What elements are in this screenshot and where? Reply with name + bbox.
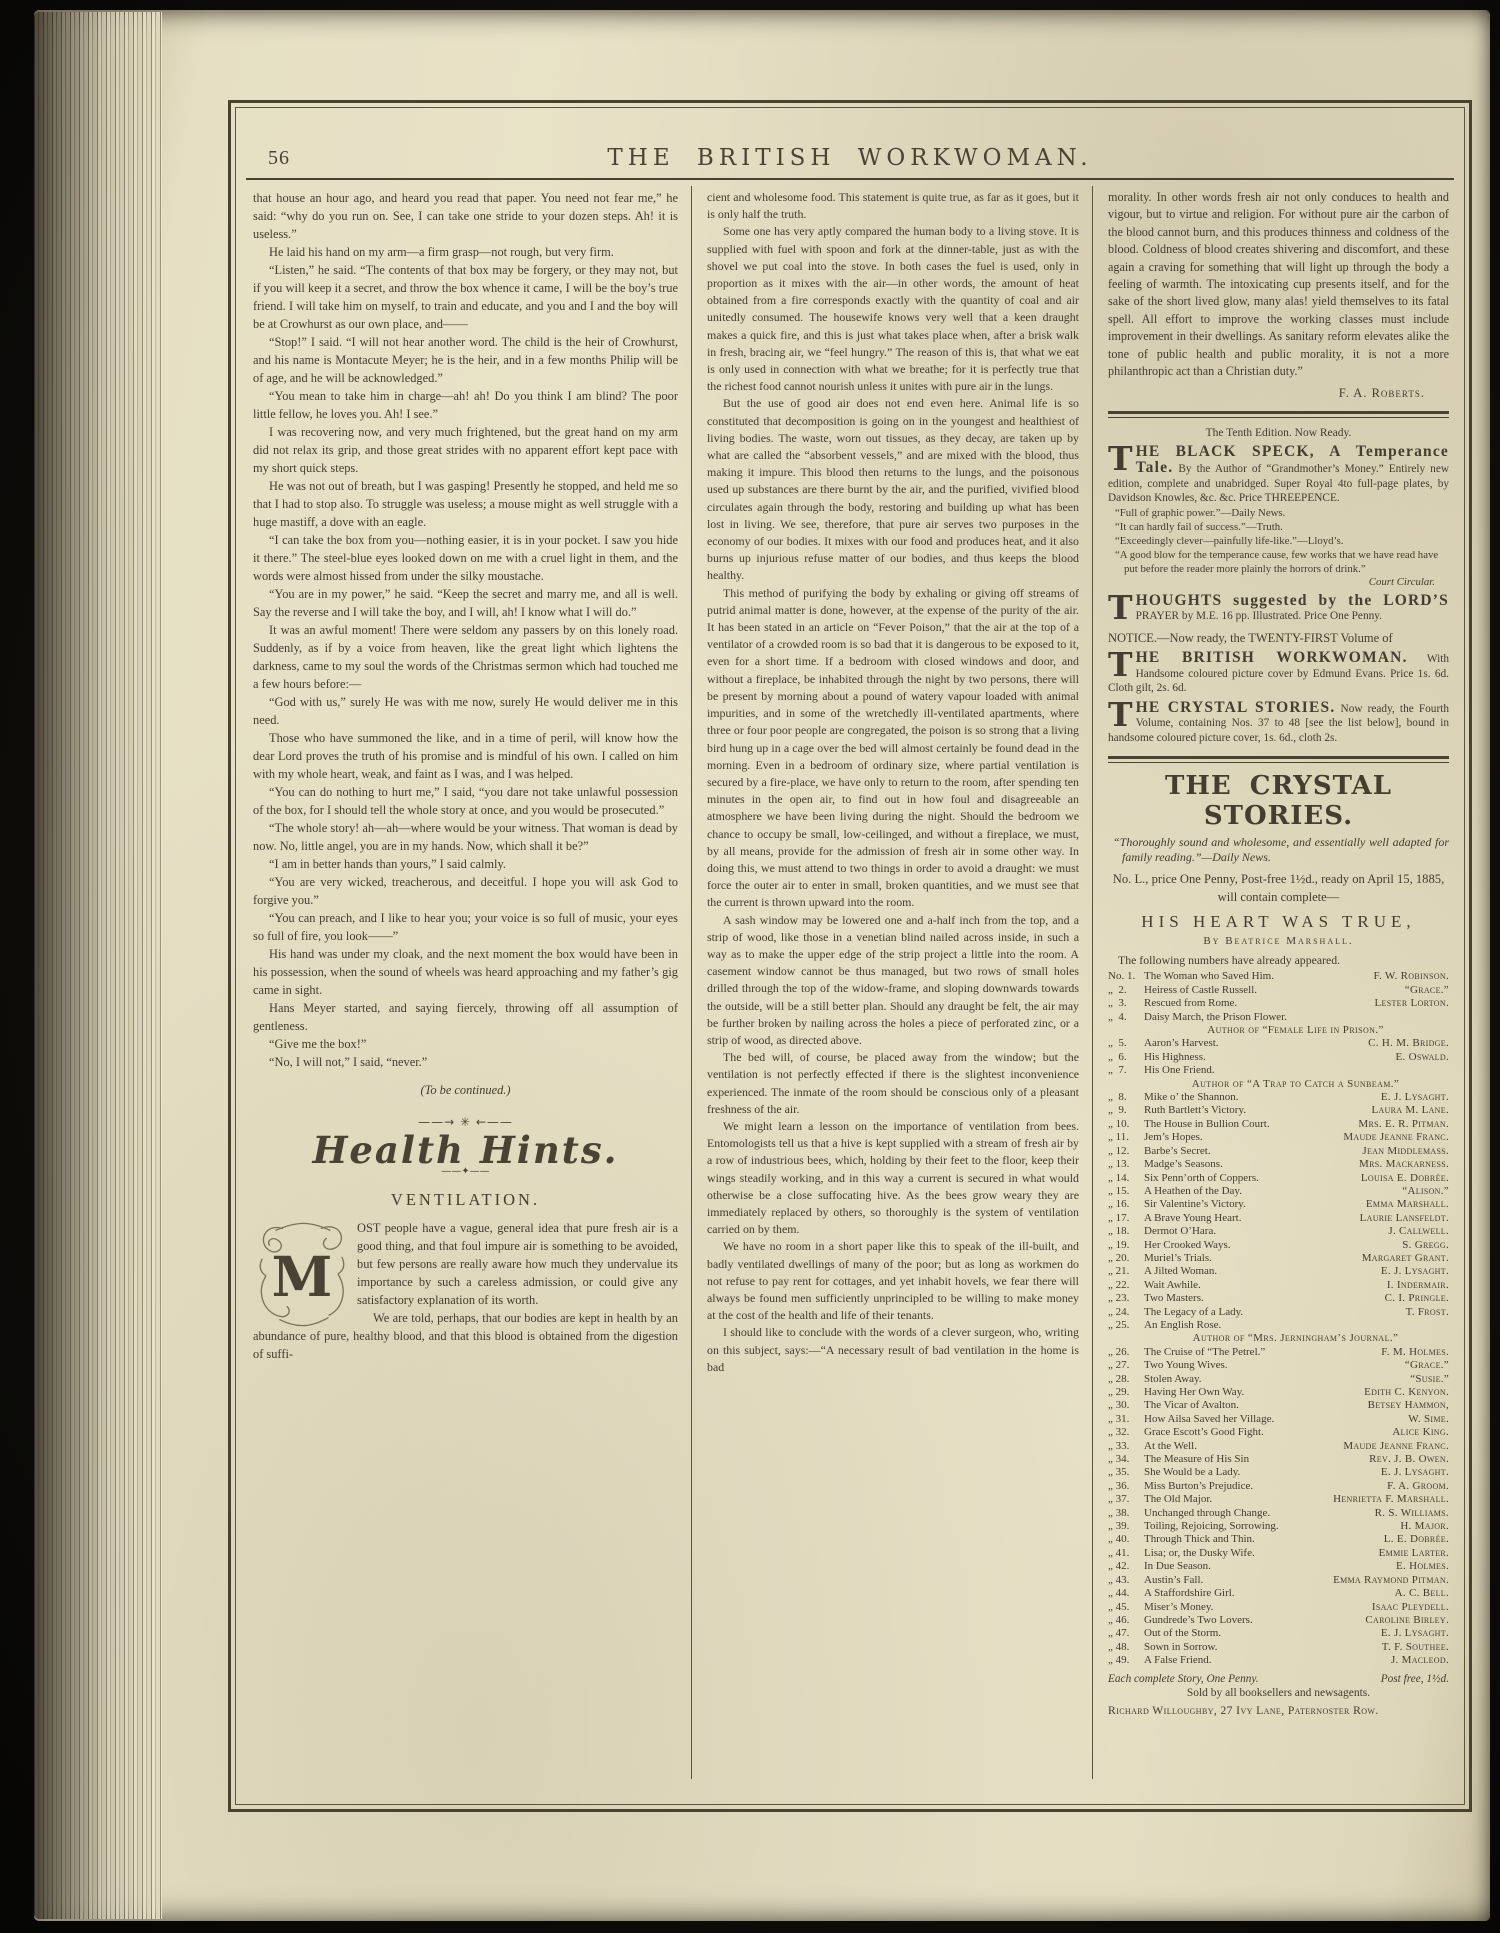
crystal-list-row: „ 27. Two Young Wives. “Grace.”	[1108, 1359, 1449, 1372]
story-number: „ 46.	[1108, 1614, 1144, 1627]
story-paragraph: “You can do nothing to hurt me,” I said,…	[253, 783, 678, 819]
crystal-list-row: „ 30. The Vicar of Avalton. Betsey Hammo…	[1108, 1399, 1449, 1412]
crystal-list-row: „ 29. Having Her Own Way. Edith C. Kenyo…	[1108, 1386, 1449, 1399]
crystal-list-row: „ 8. Mike o’ the Shannon. E. J. Lysaght.	[1108, 1091, 1449, 1104]
crystal-list-row: „ 48. Sown in Sorrow. T. F. Southee.	[1108, 1641, 1449, 1654]
column-left: that house an hour ago, and heard you re…	[238, 180, 691, 1787]
story-author-cell: Emma Raymond Pitman.	[1333, 1574, 1449, 1587]
story-title-cell: Rescued from Rome.	[1144, 997, 1241, 1010]
crystal-list-row: „ 49. A False Friend. J. Macleod.	[1108, 1654, 1449, 1667]
story-title-cell: Ruth Bartlett’s Victory.	[1144, 1104, 1250, 1117]
article-paragraph: I should like to conclude with the words…	[707, 1324, 1079, 1376]
crystal-list-row: „ 41. Lisa; or, the Dusky Wife. Emmie La…	[1108, 1547, 1449, 1560]
crystal-list-row: „ 26. The Cruise of “The Petrel.” F. M. …	[1108, 1346, 1449, 1359]
story-number: „ 27.	[1108, 1359, 1144, 1372]
story-author-cell: E. J. Lysaght.	[1381, 1627, 1449, 1640]
story-title-cell: The House in Bullion Court.	[1144, 1118, 1274, 1131]
story-author-line: Author of “Mrs. Jerningham’s Journal.”	[1108, 1332, 1449, 1345]
crystal-list-row: „ 36. Miss Burton’s Prejudice. F. A. Gro…	[1108, 1480, 1449, 1493]
featured-story-byline: By Beatrice Marshall.	[1108, 935, 1449, 947]
story-author-cell: Jean Middlemass.	[1362, 1145, 1449, 1158]
crystal-list-row: „ 17. A Brave Young Heart. Laurie Lansfe…	[1108, 1212, 1449, 1225]
story-number: „ 43.	[1108, 1574, 1144, 1587]
story-author-cell: Emma Marshall.	[1366, 1198, 1449, 1211]
ad-body: PRAYER by M.E. 16 pp. Illustrated. Price…	[1136, 610, 1382, 622]
ad-drop-initial: T	[1108, 594, 1136, 621]
crystal-issue-announcement: No. L., price One Penny, Post-free 1½d.,…	[1108, 870, 1449, 906]
story-author-cell: Margaret Grant.	[1362, 1252, 1449, 1265]
story-author-cell: Caroline Birley.	[1365, 1614, 1449, 1627]
review-quote: “A good blow for the temperance cause, f…	[1108, 548, 1449, 576]
story-number: „ 21.	[1108, 1265, 1144, 1278]
featured-story-title: HIS HEART WAS TRUE,	[1108, 912, 1449, 932]
crystal-list-row: „ 11. Jem’s Hopes. Maude Jeanne Franc.	[1108, 1131, 1449, 1144]
crystal-stories-title: THE CRYSTAL STORIES.	[1108, 771, 1449, 831]
crystal-list-row: „ 10. The House in Bullion Court. Mrs. E…	[1108, 1118, 1449, 1131]
crystal-list-row: „ 5. Aaron’s Harvest. C. H. M. Bridge.	[1108, 1037, 1449, 1050]
story-author-cell: Emmie Larter.	[1379, 1547, 1449, 1560]
story-title-cell: A Heathen of the Day.	[1144, 1185, 1246, 1198]
story-author-cell: J. Callwell.	[1388, 1225, 1449, 1238]
review-quote: “It can hardly fail of success.”—Truth.	[1108, 520, 1449, 534]
story-title-cell: The Woman who Saved Him.	[1144, 970, 1278, 983]
story-number: „ 20.	[1108, 1252, 1144, 1265]
story-author-cell: J. Macleod.	[1391, 1654, 1449, 1667]
crystal-price-footer: Each complete Story, One Penny. Post fre…	[1108, 1672, 1449, 1686]
story-author-cell: Maude Jeanne Franc.	[1343, 1131, 1449, 1144]
crystal-list-row: „ 18. Dermot O’Hara. J. Callwell.	[1108, 1225, 1449, 1238]
crystal-list-row: „ 12. Barbe’s Secret. Jean Middlemass.	[1108, 1145, 1449, 1158]
double-rule	[1108, 411, 1449, 418]
story-number: „ 45.	[1108, 1601, 1144, 1614]
story-author-line: Author of “Female Life in Prison.”	[1108, 1024, 1449, 1037]
story-paragraph: “The whole story! ah—ah—where would be y…	[253, 819, 678, 855]
ad-edition-note: The Tenth Edition. Now Ready.	[1108, 426, 1449, 440]
crystal-list-row: „ 38. Unchanged through Change. R. S. Wi…	[1108, 1507, 1449, 1520]
story-paragraph: “You are in my power,” he said. “Keep th…	[253, 585, 678, 621]
story-title-cell: Grace Escott’s Good Fight.	[1144, 1426, 1268, 1439]
story-number: „ 44.	[1108, 1587, 1144, 1600]
story-title-cell: Dermot O’Hara.	[1144, 1225, 1220, 1238]
story-number: „ 18.	[1108, 1225, 1144, 1238]
story-title-cell: The Vicar of Avalton.	[1144, 1399, 1243, 1412]
story-author-cell: T. F. Southee.	[1382, 1641, 1449, 1654]
story-paragraph: “I am in better hands than yours,” I sai…	[253, 855, 678, 873]
story-title-cell: An English Rose.	[1144, 1319, 1225, 1332]
ventilation-article-text: cient and wholesome food. This statement…	[707, 189, 1079, 1376]
story-title-cell: The Cruise of “The Petrel.”	[1144, 1346, 1269, 1359]
story-title-cell: Sir Valentine’s Victory.	[1144, 1198, 1250, 1211]
story-author-cell: Henrietta F. Marshall.	[1333, 1493, 1449, 1506]
story-number: „ 26.	[1108, 1346, 1144, 1359]
story-author-line: Author of “A Trap to Catch a Sunbeam.”	[1108, 1078, 1449, 1091]
crystal-list-row: „ 13. Madge’s Seasons. Mrs. Mackarness.	[1108, 1158, 1449, 1171]
story-author-cell: F. A. Groom.	[1387, 1480, 1449, 1493]
story-author-cell: E. J. Lysaght.	[1381, 1265, 1449, 1278]
story-title-cell: Madge’s Seasons.	[1144, 1158, 1227, 1171]
ventilation-paragraph: M OST people have a vague, general idea …	[253, 1219, 678, 1309]
story-author-cell: Mrs. E. R. Pitman.	[1358, 1118, 1449, 1131]
story-title-cell: His One Friend.	[1144, 1064, 1219, 1077]
ad-drop-initial: T	[1108, 701, 1136, 728]
story-author-cell: Alice King.	[1392, 1426, 1449, 1439]
story-number: „ 40.	[1108, 1533, 1144, 1546]
story-number: „ 49.	[1108, 1654, 1144, 1667]
story-number: „ 15.	[1108, 1185, 1144, 1198]
story-number: „ 16.	[1108, 1198, 1144, 1211]
story-title-cell: His Highness.	[1144, 1051, 1210, 1064]
crystal-list-row: „ 42. In Due Season. E. Holmes.	[1108, 1560, 1449, 1573]
story-author-cell: Betsey Hammon,	[1368, 1399, 1449, 1412]
story-number: „ 32.	[1108, 1426, 1144, 1439]
story-title-cell: A Brave Young Heart.	[1144, 1212, 1245, 1225]
story-author-cell: “Grace.”	[1405, 984, 1449, 997]
story-paragraph: “Stop!” I said. “I will not hear another…	[253, 333, 678, 387]
crystal-list-row: „ 16. Sir Valentine’s Victory. Emma Mars…	[1108, 1198, 1449, 1211]
story-title-cell: Aaron’s Harvest.	[1144, 1037, 1223, 1050]
article-closing-paragraph: morality. In other words fresh air not o…	[1108, 189, 1449, 380]
story-title-cell: Her Crooked Ways.	[1144, 1239, 1235, 1252]
story-number: „ 35.	[1108, 1466, 1144, 1479]
story-title-cell: A Staffordshire Girl.	[1144, 1587, 1239, 1600]
story-title-cell: At the Well.	[1144, 1440, 1201, 1453]
story-title-cell: Austin’s Fall.	[1144, 1574, 1207, 1587]
story-title-cell: Six Penn’orth of Coppers.	[1144, 1172, 1263, 1185]
crystal-list-row: „ 39. Toiling, Rejoicing, Sorrowing. H. …	[1108, 1520, 1449, 1533]
story-title-cell: In Due Season.	[1144, 1560, 1215, 1573]
story-number: „ 2.	[1108, 984, 1144, 997]
columns: that house an hour ago, and heard you re…	[236, 180, 1464, 1787]
publisher-imprint: Richard Willoughby, 27 Ivy Lane, Paterno…	[1108, 1704, 1449, 1718]
crystal-list-row: „ 23. Two Masters. C. I. Pringle.	[1108, 1292, 1449, 1305]
crystal-list-row: „ 15. A Heathen of the Day. “Alison.”	[1108, 1185, 1449, 1198]
sold-by-note: Sold by all booksellers and newsagents.	[1108, 1686, 1449, 1700]
story-number: „ 33.	[1108, 1440, 1144, 1453]
crystal-list-row: „ 28. Stolen Away. “Susie.”	[1108, 1373, 1449, 1386]
story-number: „ 5.	[1108, 1037, 1144, 1050]
story-title-cell: A False Friend.	[1144, 1654, 1216, 1667]
article-title-ventilation: VENTILATION.	[253, 1191, 678, 1209]
story-title-cell: She Would be a Lady.	[1144, 1466, 1244, 1479]
story-number: „ 24.	[1108, 1306, 1144, 1319]
story-title-cell: Wait Awhile.	[1144, 1279, 1205, 1292]
story-title-cell: Through Thick and Thin.	[1144, 1533, 1259, 1546]
crystal-list-row: No. 1. The Woman who Saved Him. F. W. Ro…	[1108, 970, 1449, 983]
crystal-list-row: „ 45. Miser’s Money. Isaac Pleydell.	[1108, 1601, 1449, 1614]
story-author-cell: “Susie.”	[1410, 1373, 1449, 1386]
story-author-cell: Laurie Lansfeldt.	[1360, 1212, 1449, 1225]
article-paragraph: The bed will, of course, be placed away …	[707, 1049, 1079, 1118]
story-title-cell: Mike o’ the Shannon.	[1144, 1091, 1243, 1104]
crystal-list-row: „ 46. Gundrede’s Two Lovers. Caroline Bi…	[1108, 1614, 1449, 1627]
story-number: „ 4.	[1108, 1011, 1144, 1024]
review-attribution: Court Circular.	[1108, 576, 1449, 589]
story-number: „ 30.	[1108, 1399, 1144, 1412]
story-title-cell: Unchanged through Change.	[1144, 1507, 1274, 1520]
story-number: „ 13.	[1108, 1158, 1144, 1171]
story-author-cell: Rev. J. B. Owen.	[1369, 1453, 1449, 1466]
ad-drop-initial: T	[1108, 651, 1136, 678]
to-be-continued: (To be continued.)	[253, 1081, 678, 1099]
printed-page-frame: 56 THE BRITISH WORKWOMAN. that house an …	[228, 100, 1472, 1812]
ornamental-dropcap-icon: M	[253, 1221, 351, 1327]
printed-page-inner-rule: 56 THE BRITISH WORKWOMAN. that house an …	[235, 107, 1465, 1805]
ad-headline: HE BRITISH WORKWOMAN.	[1136, 649, 1408, 666]
ad-drop-initial: T	[1108, 445, 1136, 472]
crystal-list-row: „ 40. Through Thick and Thin. L. E. Dobr…	[1108, 1533, 1449, 1546]
article-paragraph: This method of purifying the body by exh…	[707, 585, 1079, 912]
story-title-cell: Heiress of Castle Russell.	[1144, 984, 1261, 997]
author-signature: F. A. Roberts.	[1108, 386, 1449, 401]
story-paragraph: “You are very wicked, treacherous, and d…	[253, 873, 678, 909]
crystal-list-row: „ 47. Out of the Storm. E. J. Lysaght.	[1108, 1627, 1449, 1640]
crystal-list-row: „ 37. The Old Major. Henrietta F. Marsha…	[1108, 1493, 1449, 1506]
story-paragraph: “No, I will not,” I said, “never.”	[253, 1053, 678, 1071]
story-author-cell: A. C. Bell.	[1395, 1587, 1449, 1600]
crystal-list-row: „ 2. Heiress of Castle Russell. “Grace.”	[1108, 984, 1449, 997]
story-number: „ 48.	[1108, 1641, 1144, 1654]
story-author-cell: R. S. Williams.	[1375, 1507, 1449, 1520]
crystal-list-row: „ 21. A Jilted Woman. E. J. Lysaght.	[1108, 1265, 1449, 1278]
crystal-list-row: „ 34. The Measure of His Sin Rev. J. B. …	[1108, 1453, 1449, 1466]
story-author-cell: T. Frost.	[1406, 1306, 1449, 1319]
story-number: „ 29.	[1108, 1386, 1144, 1399]
story-number: „ 7.	[1108, 1064, 1144, 1077]
story-title-cell: A Jilted Woman.	[1144, 1265, 1221, 1278]
story-title-cell: Muriel’s Trials.	[1144, 1252, 1216, 1265]
story-number: „ 14.	[1108, 1172, 1144, 1185]
story-paragraph: He was not out of breath, but I was gasp…	[253, 477, 678, 531]
crystal-list-row: „ 19. Her Crooked Ways. S. Gregg.	[1108, 1239, 1449, 1252]
story-number: „ 3.	[1108, 997, 1144, 1010]
article-paragraph: cient and wholesome food. This statement…	[707, 189, 1079, 223]
crystal-list-row: „ 33. At the Well. Maude Jeanne Franc.	[1108, 1440, 1449, 1453]
crystal-list-row: „ 9. Ruth Bartlett’s Victory. Laura M. L…	[1108, 1104, 1449, 1117]
story-author-cell: E. J. Lysaght.	[1381, 1466, 1449, 1479]
story-paragraph: that house an hour ago, and heard you re…	[253, 189, 678, 243]
crystal-list-row: „ 43. Austin’s Fall. Emma Raymond Pitman…	[1108, 1574, 1449, 1587]
story-number: „ 25.	[1108, 1319, 1144, 1332]
story-number: „ 9.	[1108, 1104, 1144, 1117]
story-title-cell: Two Masters.	[1144, 1292, 1208, 1305]
postfree-note: Post free, 1½d.	[1381, 1672, 1449, 1686]
story-author-cell: L. E. Dobrée.	[1384, 1533, 1449, 1546]
section-title-health-hints: Health Hints.	[253, 1141, 678, 1159]
ad-thoughts-lords-prayer: THOUGHTS suggested by the LORD’S PRAYER …	[1108, 594, 1449, 624]
crystal-list-row: „ 35. She Would be a Lady. E. J. Lysaght…	[1108, 1466, 1449, 1479]
notice-line: NOTICE.—Now ready, the TWENTY-FIRST Volu…	[1108, 630, 1449, 646]
story-title-cell: Miss Burton’s Prejudice.	[1144, 1480, 1257, 1493]
story-paragraph: “I can take the box from you—nothing eas…	[253, 531, 678, 585]
story-author-cell: “Grace.”	[1405, 1359, 1449, 1372]
story-title-cell: Gundrede’s Two Lovers.	[1144, 1614, 1257, 1627]
story-title-cell: Having Her Own Way.	[1144, 1386, 1248, 1399]
crystal-list-row: „ 22. Wait Awhile. I. Indermair.	[1108, 1279, 1449, 1292]
story-author-cell: Mrs. Mackarness.	[1359, 1158, 1449, 1171]
story-number: „ 6.	[1108, 1051, 1144, 1064]
story-author-cell: Edith C. Kenyon.	[1364, 1386, 1449, 1399]
crystal-list-row: „ 32. Grace Escott’s Good Fight. Alice K…	[1108, 1426, 1449, 1439]
scan-background: 56 THE BRITISH WORKWOMAN. that house an …	[0, 0, 1500, 1933]
story-title-cell: The Legacy of a Lady.	[1144, 1306, 1247, 1319]
story-title-cell: Toiling, Rejoicing, Sorrowing.	[1144, 1520, 1283, 1533]
story-author-cell: E. Oswald.	[1396, 1051, 1449, 1064]
ad-headline: HOUGHTS suggested by the LORD’S	[1136, 592, 1449, 609]
story-author-cell: C. I. Pringle.	[1385, 1292, 1449, 1305]
story-number: „ 23.	[1108, 1292, 1144, 1305]
crystal-list-row: „ 20. Muriel’s Trials. Margaret Grant.	[1108, 1252, 1449, 1265]
review-quote: “Full of graphic power.”—Daily News.	[1108, 506, 1449, 520]
price-note: Each complete Story, One Penny.	[1108, 1672, 1259, 1686]
story-number: „ 11.	[1108, 1131, 1144, 1144]
story-title-cell: The Measure of His Sin	[1144, 1453, 1253, 1466]
review-quote: “Exceedingly clever—painfully life-like.…	[1108, 534, 1449, 548]
article-paragraph: We have no room in a short paper like th…	[707, 1238, 1079, 1324]
story-number: „ 31.	[1108, 1413, 1144, 1426]
story-number: No. 1.	[1108, 970, 1144, 983]
story-number: „ 10.	[1108, 1118, 1144, 1131]
story-title-cell: Two Young Wives.	[1144, 1359, 1232, 1372]
story-author-cell: E. Holmes.	[1396, 1560, 1449, 1573]
story-number: „ 38.	[1108, 1507, 1144, 1520]
story-title-cell: Out of the Storm.	[1144, 1627, 1225, 1640]
story-author-cell: Laura M. Lane.	[1371, 1104, 1449, 1117]
article-paragraph: We might learn a lesson on the importanc…	[707, 1118, 1079, 1238]
story-author-cell: H. Major.	[1400, 1520, 1449, 1533]
story-number: „ 12.	[1108, 1145, 1144, 1158]
article-paragraph: But the use of good air does not end eve…	[707, 395, 1079, 584]
story-author-cell: E. J. Lysaght.	[1381, 1091, 1449, 1104]
story-number: „ 34.	[1108, 1453, 1144, 1466]
story-author-cell: I. Indermair.	[1387, 1279, 1449, 1292]
story-paragraph: Hans Meyer started, and saying fiercely,…	[253, 999, 678, 1035]
crystal-list-row: „ 3. Rescued from Rome. Lester Lorton.	[1108, 997, 1449, 1010]
ventilation-paragraph-text: OST people have a vague, general idea th…	[357, 1221, 678, 1307]
story-author-cell: S. Gregg.	[1402, 1239, 1449, 1252]
story-paragraph: “Listen,” he said. “The contents of that…	[253, 261, 678, 333]
story-number: „ 8.	[1108, 1091, 1144, 1104]
story-title-cell: Sown in Sorrow.	[1144, 1641, 1222, 1654]
story-number: „ 42.	[1108, 1560, 1144, 1573]
story-title-cell: Jem’s Hopes.	[1144, 1131, 1207, 1144]
story-paragraph: Those who have summoned the like, and in…	[253, 729, 678, 783]
crystal-list-row: „ 31. How Ailsa Saved her Village. W. Si…	[1108, 1413, 1449, 1426]
story-paragraph: I was recovering now, and very much frig…	[253, 423, 678, 477]
story-author-cell: Maude Jeanne Franc.	[1343, 1440, 1449, 1453]
story-paragraph: It was an awful moment! There were seldo…	[253, 621, 678, 693]
crystal-list-row: „ 6. His Highness. E. Oswald.	[1108, 1051, 1449, 1064]
column-right: morality. In other words fresh air not o…	[1093, 180, 1462, 1787]
story-paragraph: “Give me the box!”	[253, 1035, 678, 1053]
crystal-list-row: „ 4. Daisy March, the Prison Flower.	[1108, 1011, 1449, 1024]
story-author-cell: Lester Lorton.	[1374, 997, 1449, 1010]
story-author-cell: Louisa E. Dobrée.	[1361, 1172, 1449, 1185]
story-author-cell: Isaac Pleydell.	[1372, 1601, 1449, 1614]
story-number: „ 17.	[1108, 1212, 1144, 1225]
story-text: that house an hour ago, and heard you re…	[253, 189, 678, 1071]
book-page-edges	[34, 12, 162, 1919]
story-number: „ 22.	[1108, 1279, 1144, 1292]
story-author-cell: F. M. Holmes.	[1381, 1346, 1449, 1359]
ad-crystal-stories-volume: THE CRYSTAL STORIES. Now ready, the Four…	[1108, 701, 1449, 746]
story-paragraph: He laid his hand on my arm—a firm grasp—…	[253, 243, 678, 261]
crystal-list-intro: The following numbers have already appea…	[1108, 953, 1449, 968]
page-header: 56 THE BRITISH WORKWOMAN.	[246, 108, 1454, 180]
story-title-cell: Stolen Away.	[1144, 1373, 1206, 1386]
story-number: „ 37.	[1108, 1493, 1144, 1506]
crystal-list-row: „ 25. An English Rose.	[1108, 1319, 1449, 1332]
article-paragraph: Some one has very aptly compared the hum…	[707, 223, 1079, 395]
crystal-list-row: „ 14. Six Penn’orth of Coppers. Louisa E…	[1108, 1172, 1449, 1185]
story-title-cell: Lisa; or, the Dusky Wife.	[1144, 1547, 1259, 1560]
story-number: „ 47.	[1108, 1627, 1144, 1640]
svg-text:M: M	[272, 1244, 333, 1309]
crystal-list-row: „ 24. The Legacy of a Lady. T. Frost.	[1108, 1306, 1449, 1319]
story-number: „ 39.	[1108, 1520, 1144, 1533]
story-title-cell: The Old Major.	[1144, 1493, 1216, 1506]
story-number: „ 19.	[1108, 1239, 1144, 1252]
story-title-cell: Miser’s Money.	[1144, 1601, 1217, 1614]
story-paragraph: “God with us,” surely He was with me now…	[253, 693, 678, 729]
story-number: „ 36.	[1108, 1480, 1144, 1493]
story-number: „ 28.	[1108, 1373, 1144, 1386]
story-author-cell: W. Sime.	[1408, 1413, 1449, 1426]
article-paragraph: A sash window may be lowered one and a-h…	[707, 912, 1079, 1050]
story-author-cell: F. W. Robinson.	[1373, 970, 1449, 983]
story-title-cell: Daisy March, the Prison Flower.	[1144, 1011, 1291, 1024]
story-author-cell: C. H. M. Bridge.	[1368, 1037, 1449, 1050]
ad-review-quotes: “Full of graphic power.”—Daily News. “It…	[1108, 506, 1449, 576]
crystal-press-quote: “Thoroughly sound and wholesome, and ess…	[1108, 835, 1449, 866]
ad-black-speck: THE BLACK SPECK, A Temperance Tale. By t…	[1108, 445, 1449, 505]
story-author-cell: “Alison.”	[1402, 1185, 1449, 1198]
ad-headline: HE CRYSTAL STORIES.	[1136, 699, 1336, 716]
story-paragraph: “You mean to take him in charge—ah! ah! …	[253, 387, 678, 423]
ad-british-workwoman-volume: THE BRITISH WORKWOMAN. With Handsome col…	[1108, 651, 1449, 696]
double-rule	[1108, 756, 1449, 763]
column-middle: cient and wholesome food. This statement…	[692, 180, 1092, 1787]
masthead-title: THE BRITISH WORKWOMAN.	[246, 145, 1454, 171]
crystal-stories-list: No. 1. The Woman who Saved Him. F. W. Ro…	[1108, 970, 1449, 1667]
story-paragraph: His hand was under my cloak, and the nex…	[253, 945, 678, 999]
story-number: „ 41.	[1108, 1547, 1144, 1560]
crystal-list-row: „ 7. His One Friend.	[1108, 1064, 1449, 1077]
story-title-cell: Barbe’s Secret.	[1144, 1145, 1215, 1158]
crystal-list-row: „ 44. A Staffordshire Girl. A. C. Bell.	[1108, 1587, 1449, 1600]
story-title-cell: How Ailsa Saved her Village.	[1144, 1413, 1278, 1426]
story-paragraph: “You can preach, and I like to hear you;…	[253, 909, 678, 945]
